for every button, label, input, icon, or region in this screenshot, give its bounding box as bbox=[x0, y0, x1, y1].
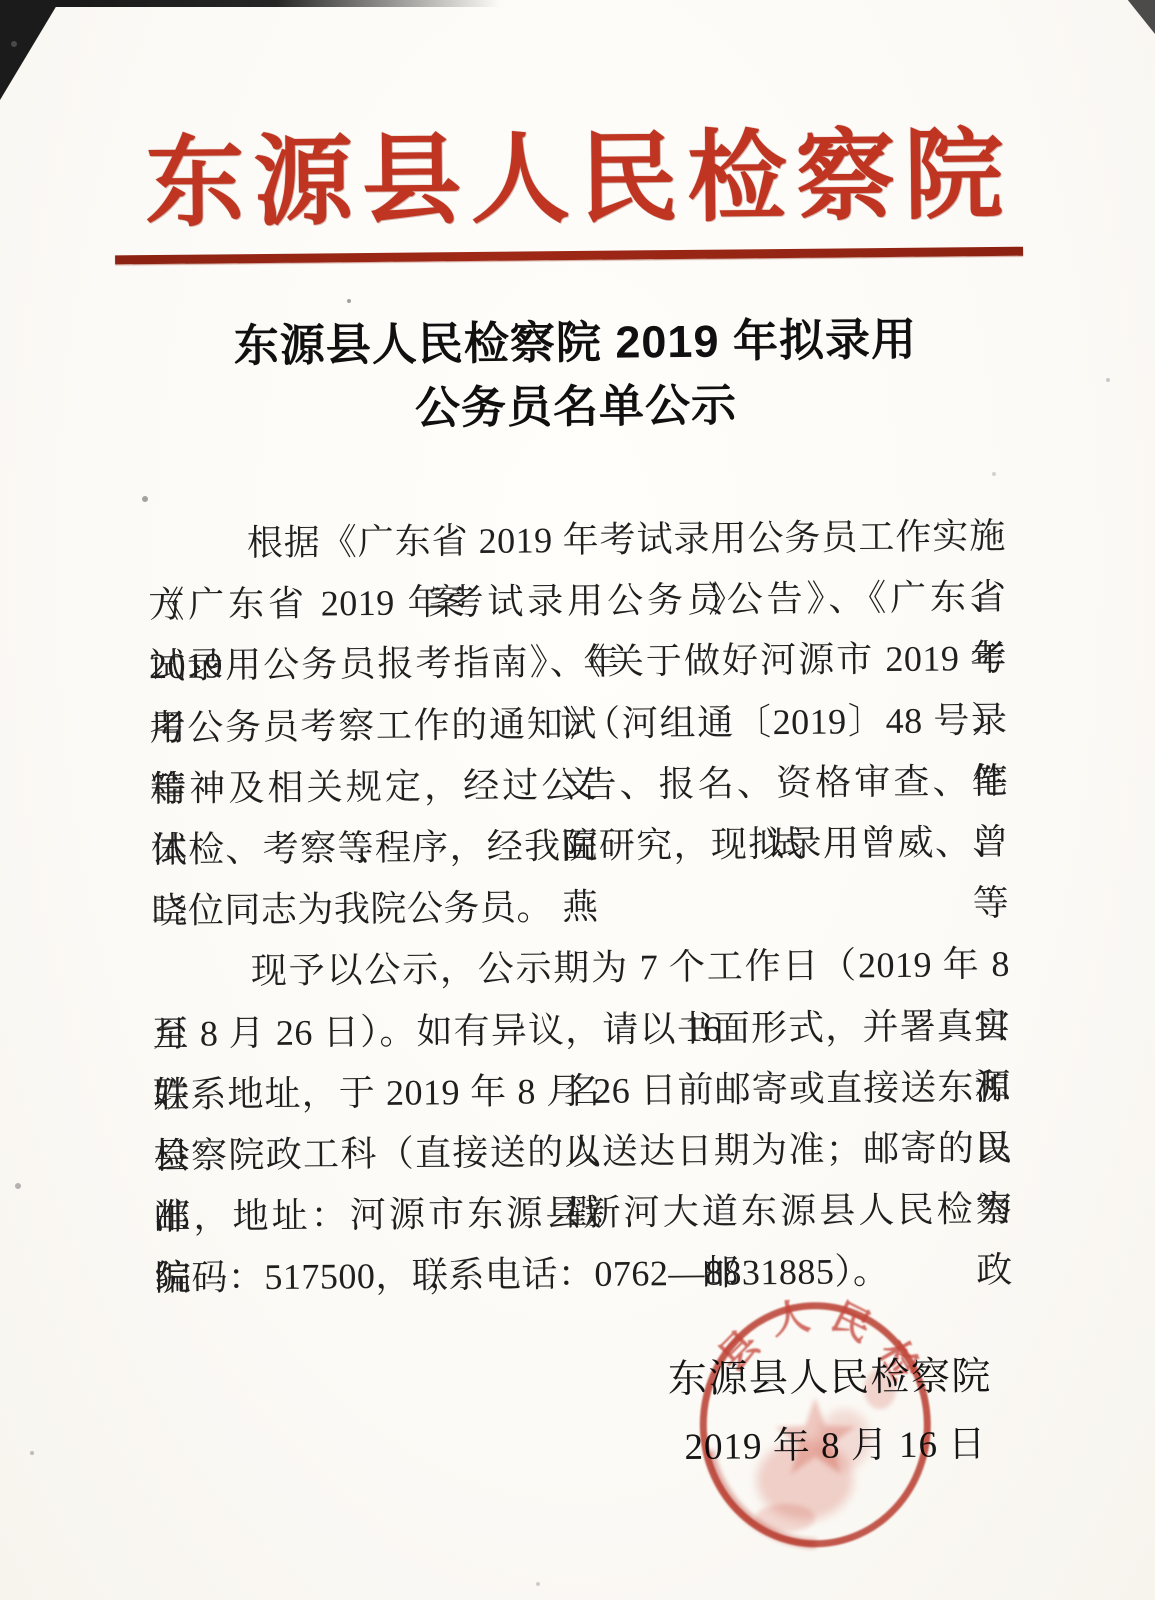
body-line: 精神及相关规定，经过公告、报名、资格审查、笔试、面试、 bbox=[150, 751, 1009, 820]
body-line: 现予以公示，公示期为 7 个工作日（2019 年 8 月 16 日 bbox=[152, 934, 1011, 1003]
seal-ink-smudge bbox=[755, 1504, 815, 1533]
body-line: 《广东省 2019 年考试录用公务员公告》、《广东省 2019 年考 bbox=[148, 567, 1007, 636]
body-line: 根据《广东省 2019 年考试录用公务员工作实施方案》、 bbox=[148, 506, 1007, 575]
body-line: 检察院政工科（直接送的以送达日期为准；邮寄的以邮戳为 bbox=[153, 1118, 1012, 1187]
document-body: 根据《广东省 2019 年考试录用公务员工作实施方案》、《广东省 2019 年考… bbox=[148, 506, 1014, 1310]
letterhead-rule bbox=[115, 247, 1023, 265]
letterhead-char: 源 bbox=[253, 102, 353, 245]
body-line: 至 8 月 26 日）。如有异议，请以书面形式，并署真实姓名和 bbox=[152, 995, 1011, 1064]
body-line: 试录用公务员报考指南》、《关于做好河源市 2019 年考试录 bbox=[149, 628, 1008, 697]
document-content: 东源县人民检察院 东源县人民检察院 2019 年拟录用 公务员名单公示 根据《广… bbox=[0, 0, 1155, 1600]
body-line: 联系地址，于 2019 年 8 月 26 日前邮寄或直接送东源县人民 bbox=[153, 1057, 1012, 1126]
letterhead-char: 人 bbox=[470, 100, 570, 243]
seal-arc-text: 县人民检 bbox=[711, 1291, 935, 1403]
body-line: 用公务员考察工作的通知》（河组通〔2019〕48 号）等文件 bbox=[149, 689, 1008, 758]
letterhead-char: 县 bbox=[361, 101, 461, 244]
letterhead-char: 检 bbox=[687, 98, 787, 241]
body-line: 体检、考察等程序，经我院研究，现拟录用曾威、曾晓燕等 bbox=[150, 812, 1009, 881]
document-title: 东源县人民检察院 2019 年拟录用 公务员名单公示 bbox=[0, 305, 1154, 444]
letterhead-char: 民 bbox=[578, 99, 678, 242]
letterhead-char: 东 bbox=[145, 103, 245, 246]
letterhead-org-name: 东源县人民检察院 bbox=[145, 102, 1004, 240]
official-seal: 县人民检 bbox=[683, 1289, 948, 1564]
document-title-line2: 公务员名单公示 bbox=[0, 369, 1154, 444]
document-title-line1: 东源县人民检察院 2019 年拟录用 bbox=[0, 305, 1153, 380]
letterhead-char: 院 bbox=[904, 96, 1004, 239]
letterhead-char: 察 bbox=[795, 97, 895, 240]
dust-specks bbox=[0, 0, 4, 4]
scanned-document-page: 东源县人民检察院 东源县人民检察院 2019 年拟录用 公务员名单公示 根据《广… bbox=[0, 0, 1155, 1600]
body-line: 准，地址：河源市东源县新河大道东源县人民检察院，邮政 bbox=[154, 1179, 1013, 1248]
